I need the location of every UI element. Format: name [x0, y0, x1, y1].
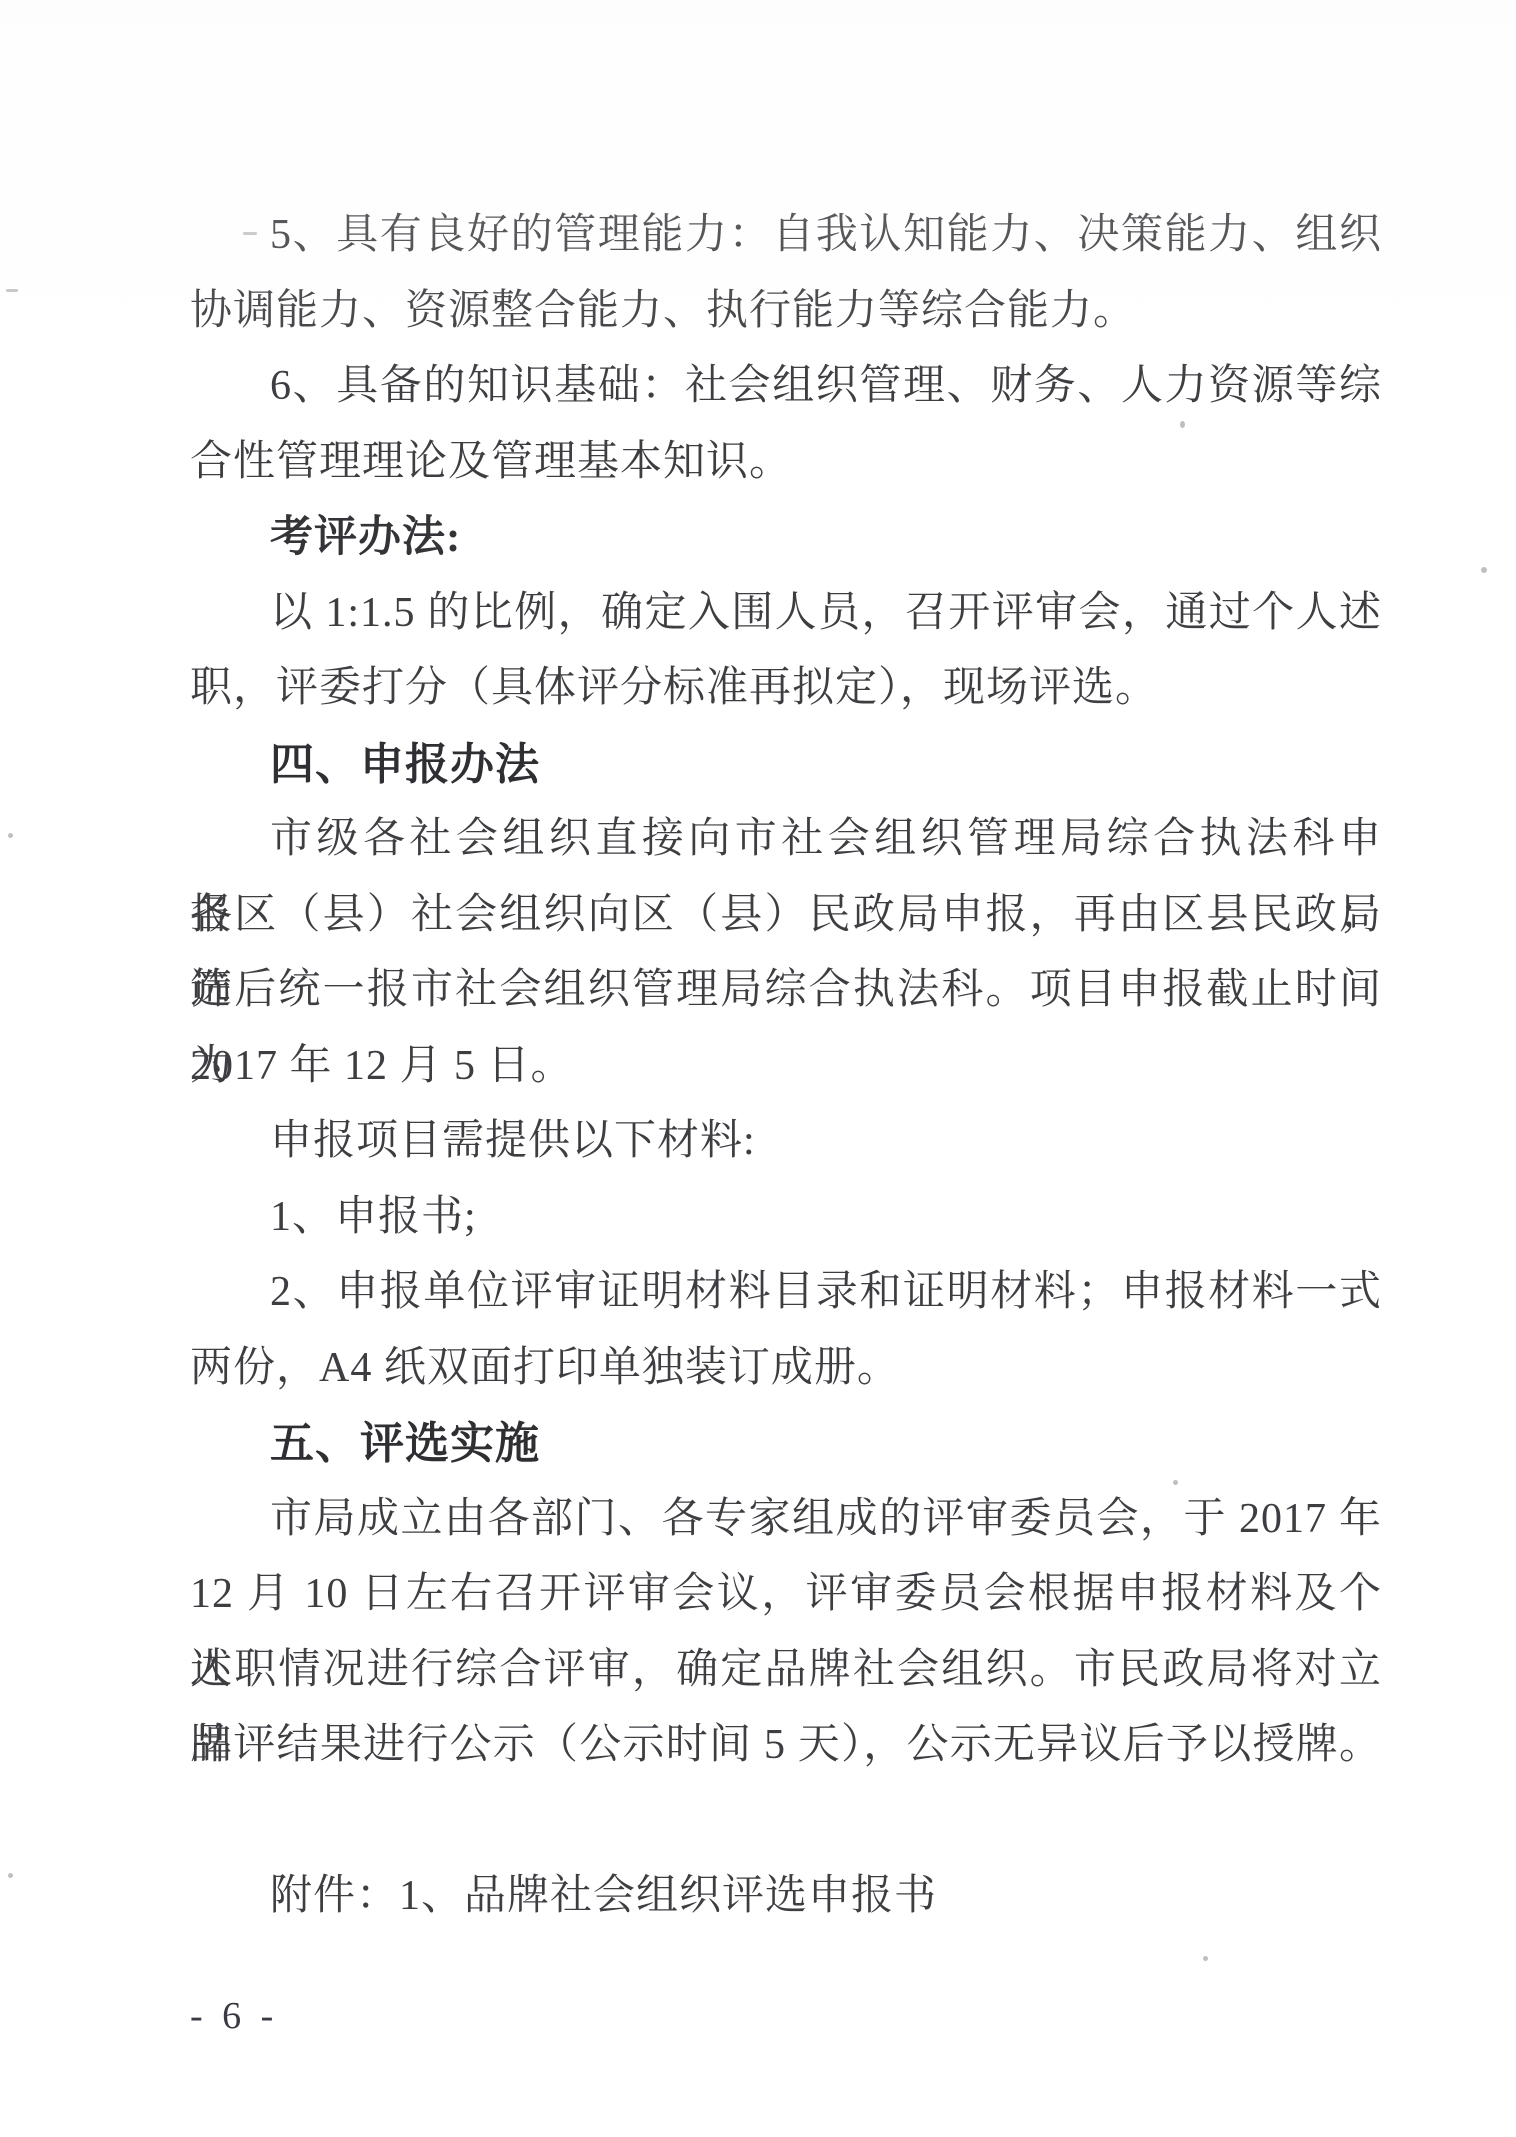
section-heading: 四、申报办法: [190, 727, 1382, 803]
document-body: 5、具有良好的管理能力：自我认知能力、决策能力、组织协调能力、资源整合能力、执行…: [190, 198, 1382, 1935]
text-line: 市级各社会组织直接向市社会组织管理局综合执法科申报；: [190, 802, 1382, 878]
sub-heading: 考评办法:: [190, 500, 1382, 576]
scan-speck: [1180, 421, 1185, 428]
scan-speck: [6, 289, 18, 292]
scan-speck: [1173, 1480, 1178, 1485]
text-line: 职，评委打分（具体评分标准再拟定），现场评选。: [190, 651, 1382, 727]
text-line: 牌评结果进行公示（公示时间 5 天），公示无异议后予以授牌。: [190, 1708, 1382, 1784]
text-line: 合性管理理论及管理基本知识。: [190, 425, 1382, 501]
scanned-document-page: 5、具有良好的管理能力：自我认知能力、决策能力、组织协调能力、资源整合能力、执行…: [0, 0, 1516, 2137]
page-number: - 6 -: [190, 1994, 278, 2038]
text-line: 以 1:1.5 的比例，确定入围人员，召开评审会，通过个人述: [190, 576, 1382, 652]
section-heading: 五、评选实施: [190, 1406, 1382, 1482]
text-line: 5、具有良好的管理能力：自我认知能力、决策能力、组织: [190, 198, 1382, 274]
text-line: 选后统一报市社会组织管理局综合执法科。项目申报截止时间为: [190, 953, 1382, 1029]
scan-speck: [1203, 1956, 1208, 1961]
text-line: 1、申报书;: [190, 1180, 1382, 1256]
scan-speck: [243, 232, 257, 235]
text-line: 2、申报单位评审证明材料目录和证明材料；申报材料一式: [190, 1255, 1382, 1331]
text-line: 2017 年 12 月 5 日。: [190, 1029, 1382, 1105]
scan-speck: [8, 1873, 13, 1878]
text-line: 两份，A4 纸双面打印单独装订成册。: [190, 1331, 1382, 1407]
text-line: 各区（县）社会组织向区（县）民政局申报，再由区县民政局筛: [190, 878, 1382, 954]
text-line: 附件：1、品牌社会组织评选申报书: [190, 1859, 1382, 1935]
text-line: 市局成立由各部门、各专家组成的评审委员会，于 2017 年: [190, 1482, 1382, 1558]
text-line: 述职情况进行综合评审，确定品牌社会组织。市民政局将对立品: [190, 1633, 1382, 1709]
scan-speck: [1481, 567, 1487, 573]
text-line: 申报项目需提供以下材料:: [190, 1104, 1382, 1180]
scan-speck: [8, 833, 13, 838]
text-line: 协调能力、资源整合能力、执行能力等综合能力。: [190, 274, 1382, 350]
text-line: 12 月 10 日左右召开评审会议，评审委员会根据申报材料及个人: [190, 1557, 1382, 1633]
text-line: 6、具备的知识基础：社会组织管理、财务、人力资源等综: [190, 349, 1382, 425]
